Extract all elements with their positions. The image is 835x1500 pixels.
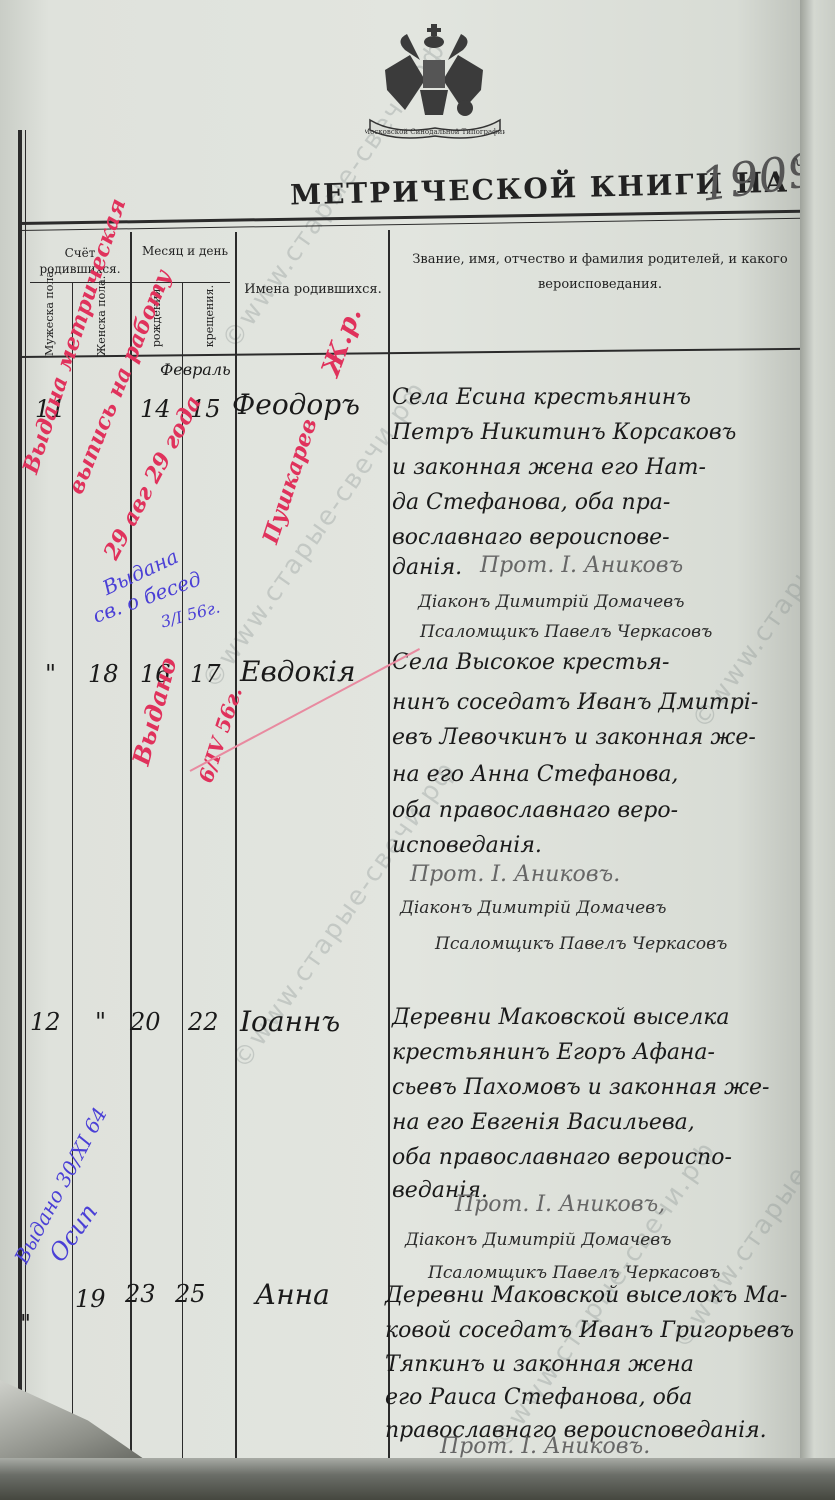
parents-line: евъ Левочкинъ и законная же- (392, 725, 756, 750)
birth-day: 20 (130, 1008, 161, 1036)
red-annotation: Выдано (126, 654, 183, 768)
parents-line: на его Анна Стефанова, (392, 762, 678, 787)
red-annotation: Ж.р. (316, 304, 368, 380)
parents-line: крестьянинъ Егоръ Афана- (392, 1040, 715, 1065)
baptism-day: 22 (188, 1008, 219, 1036)
psalmist-signature: Псаломщикъ Павелъ Черкасовъ (428, 1263, 720, 1283)
child-name: Феодоръ (232, 388, 360, 421)
crest-ribbon-text: Московской Синодальной Типографии (365, 128, 505, 136)
parents-line: Деревни Маковской выселокъ Ма- (385, 1283, 787, 1308)
birth-day: 23 (125, 1280, 156, 1308)
parents-line: Села Есина крестьянинъ (392, 385, 691, 410)
birth-day: 14 (140, 395, 171, 423)
male-count: " (45, 660, 56, 688)
parents-line: на его Евгенія Васильева, (392, 1110, 695, 1135)
header-top-rule (20, 210, 810, 225)
blue-annotation: 3/I 56г. (159, 597, 222, 631)
deacon-signature: Діаконъ Димитрій Домачевъ (418, 592, 684, 612)
baptism-day: 25 (175, 1280, 206, 1308)
parents-line: исповеданія. (392, 833, 542, 858)
psalmist-signature: Псаломщикъ Павелъ Черкасовъ (420, 622, 712, 642)
parents-line: вославнаго вероиспове- (392, 525, 670, 550)
parents-line: да Стефанова, оба пра- (392, 490, 670, 515)
header-baptism: крещения. (204, 276, 216, 356)
red-annotation: Выдана метрическая (18, 195, 132, 477)
table-border (25, 130, 26, 1470)
baptism-day: 17 (190, 660, 221, 688)
female-count: 18 (88, 660, 119, 688)
facing-page-edge (800, 0, 835, 1500)
deacon-signature: Діаконъ Димитрій Домачевъ (405, 1230, 671, 1250)
parents-line: его Раиса Стефанова, оба (385, 1385, 692, 1410)
parents-line: оба православнаго веро- (392, 798, 678, 823)
parents-line: ковой соседатъ Иванъ Григорьевъ (385, 1318, 794, 1343)
male-count: 12 (30, 1008, 61, 1036)
parents-line: данія. (392, 555, 462, 580)
priest-signature: Прот. І. Аниковъ (480, 553, 683, 578)
parents-line: сьевъ Пахомовъ и законная же- (392, 1075, 769, 1100)
month-note: Февраль (160, 360, 231, 379)
double-headed-eagle-crest-icon: Московской Синодальной Типографии (365, 20, 505, 140)
header-male: Мужеска пола. (44, 276, 56, 356)
parents-line: оба православнаго вероиспо- (392, 1145, 732, 1170)
deacon-signature: Діаконъ Димитрій Домачевъ (400, 898, 666, 918)
psalmist-signature: Псаломщикъ Павелъ Черкасовъ (435, 934, 727, 954)
male-count: " (20, 1310, 31, 1338)
book-spine-shadow (0, 1458, 835, 1500)
parents-line: Тяпкинъ и законная жена (385, 1352, 694, 1377)
parents-line: и законная жена его Нат- (392, 455, 706, 480)
header-names: Имена родившихся. (238, 282, 388, 299)
child-name: Евдокія (240, 655, 356, 688)
child-name: Іоаннъ (240, 1005, 340, 1038)
parents-line: Деревни Маковской выселка (392, 1005, 730, 1030)
watermark: ©www.старые-свечи.рф (686, 416, 818, 735)
priest-signature: Прот. І. Аниковъ. (410, 862, 620, 887)
table-border (18, 130, 22, 1470)
parents-line: нинъ соседатъ Иванъ Дмитрі- (392, 690, 758, 715)
female-count: 19 (75, 1285, 106, 1313)
priest-signature: Прот. І. Аниковъ. (440, 1434, 650, 1459)
priest-signature: Прот. І. Аниковъ, (455, 1192, 665, 1217)
female-count: " (95, 1008, 106, 1036)
header-date-group: Месяц и день (135, 244, 235, 260)
parents-line: Села Высокое крестья- (392, 650, 669, 675)
register-page: ©www.старые-свечи.рф ©www.старые-свечи.р… (0, 0, 818, 1470)
page-curl (0, 1380, 160, 1470)
header-parents: Звание, имя, отчество и фамилия родителе… (395, 248, 805, 297)
child-name: Анна (255, 1278, 330, 1311)
parents-line: Петръ Никитинъ Корсаковъ (392, 420, 736, 445)
red-annotation: 6/IV 56г. (194, 684, 247, 786)
